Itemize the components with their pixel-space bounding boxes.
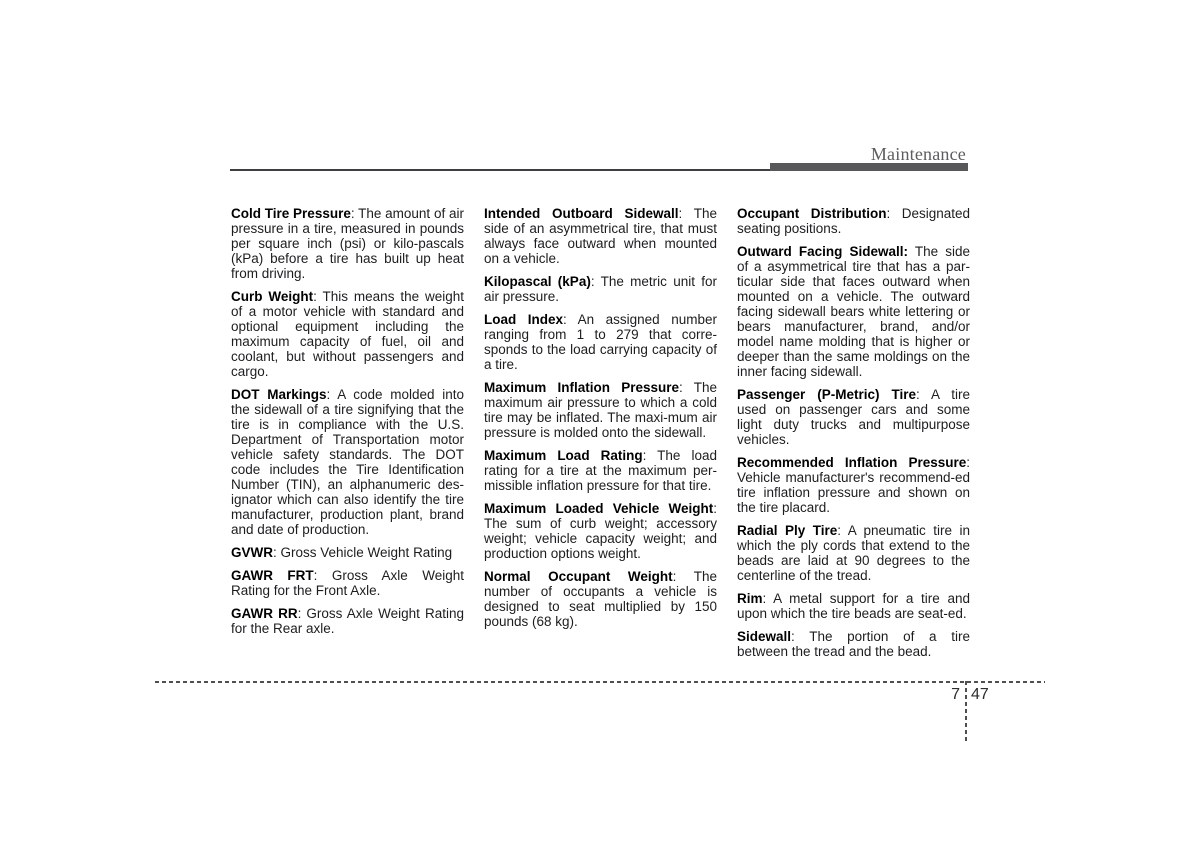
term: Kilopascal (kPa) [484,274,591,289]
definition-paragraph: Normal Occupant Weight: The number of oc… [484,569,717,629]
term: Sidewall [737,629,791,644]
definition-paragraph: Passenger (P-Metric) Tire: A tire used o… [737,387,970,447]
definition-paragraph: Sidewall: The portion of a tire between … [737,629,970,659]
term: Normal Occupant Weight [484,569,673,584]
definition-paragraph: Load Index: An assigned number ranging f… [484,312,717,372]
term: Maximum Inflation Pressure [484,380,679,395]
definition-text: : A code molded into the sidewall of a t… [231,387,464,537]
footer-section-number: 7 [920,686,960,704]
term: DOT Markings [231,387,327,402]
definition-paragraph: Radial Ply Tire: A pneumatic tire in whi… [737,523,970,583]
term: Curb Weight [231,289,313,304]
term: GAWR RR [231,606,298,621]
term: Passenger (P-Metric) Tire [737,387,916,402]
term: Radial Ply Tire [737,523,837,538]
text-column-3: Occupant Distribution: Designated seatin… [737,206,970,667]
manual-page: Maintenance Cold Tire Pressure: The amou… [0,0,1200,848]
definition-text: : Gross Vehicle Weight Rating [273,545,452,560]
definition-paragraph: Maximum Inflation Pressure: The maximum … [484,380,717,440]
header-accent-bar [770,163,968,171]
definition-paragraph: Rim: A metal support for a tire and upon… [737,591,970,621]
definition-paragraph: GVWR: Gross Vehicle Weight Rating [231,545,464,560]
term: GAWR FRT [231,568,314,583]
definition-paragraph: GAWR RR: Gross Axle Weight Rating for th… [231,606,464,636]
definition-paragraph: Maximum Load Rating: The load rating for… [484,448,717,493]
term: Occupant Distribution [737,206,886,221]
definition-paragraph: Intended Outboard Sidewall: The side of … [484,206,717,266]
definition-paragraph: Cold Tire Pressure: The amount of air pr… [231,206,464,281]
text-column-2: Intended Outboard Sidewall: The side of … [484,206,717,637]
term: Recommended Inflation Pressure [737,455,966,470]
definition-paragraph: Maximum Loaded Vehicle Weight: The sum o… [484,501,717,561]
definition-paragraph: GAWR FRT: Gross Axle Weight Rating for t… [231,568,464,598]
term: Load Index [484,312,563,327]
term: Rim [737,591,763,606]
footer-dashed-divider [965,681,967,741]
definition-paragraph: Curb Weight: This means the weight of a … [231,289,464,379]
term: Maximum Loaded Vehicle Weight [484,501,713,516]
term: Outward Facing Sidewall: [737,244,908,259]
term: GVWR [231,545,273,560]
definition-text: : A metal support for a tire and upon wh… [737,591,970,621]
text-column-1: Cold Tire Pressure: The amount of air pr… [231,206,464,644]
term: Intended Outboard Sidewall [484,206,678,221]
definition-text: The side of a asymmetrical tire that has… [737,244,970,379]
definition-paragraph: Kilopascal (kPa): The metric unit for ai… [484,274,717,304]
footer-page-number: 47 [971,686,1011,704]
term: Cold Tire Pressure [231,206,351,221]
term: Maximum Load Rating [484,448,643,463]
footer-dashed-rule [155,681,1045,683]
definition-paragraph: Occupant Distribution: Designated seatin… [737,206,970,236]
definition-paragraph: Recommended Inflation Pressure: Vehicle … [737,455,970,515]
definition-paragraph: DOT Markings: A code molded into the sid… [231,387,464,537]
definition-paragraph: Outward Facing Sidewall: The side of a a… [737,244,970,379]
